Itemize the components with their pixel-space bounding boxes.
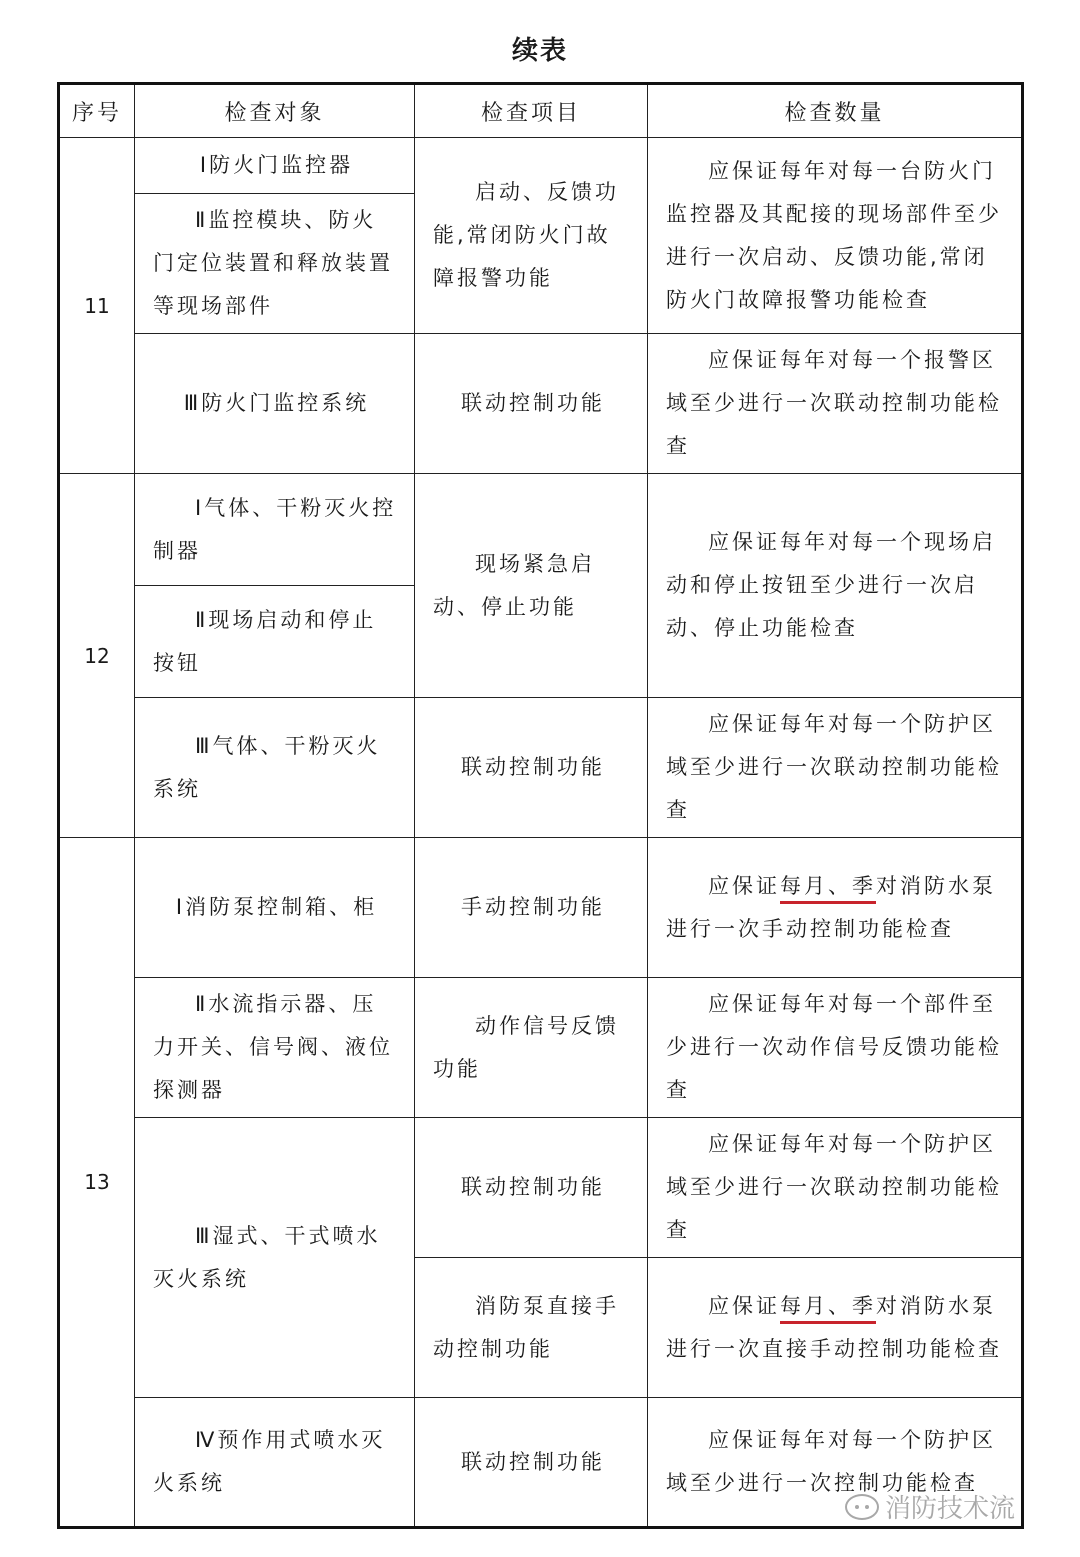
object-cell: Ⅰ气体、干粉灭火控制器 (135, 474, 415, 586)
underlined-frequency: 每月、季 (780, 874, 876, 898)
object-cell: Ⅳ预作用式喷水灭火系统 (135, 1398, 415, 1526)
quantity-cell: 应保证每年对每一个防护区域至少进行一次联动控制功能检查 (648, 698, 1021, 838)
object-text: Ⅲ气体、干粉灭火系统 (153, 725, 400, 811)
item-text: 启动、反馈功能,常闭防火门故障报警功能 (433, 171, 633, 300)
quantity-cell: 应保证每年对每一个防护区域至少进行一次联动控制功能检查 (648, 1118, 1021, 1258)
row-number-13: 13 (60, 838, 135, 1526)
quantity-text: 应保证每年对每一台防火门监控器及其配接的现场部件至少进行一次启动、反馈功能,常闭… (666, 150, 1007, 322)
object-cell: Ⅰ防火门监控器 (135, 138, 415, 194)
wechat-icon (845, 1494, 879, 1520)
object-text: Ⅰ气体、干粉灭火控制器 (153, 487, 400, 573)
header-object: 检查对象 (135, 85, 415, 138)
header-item: 检查项目 (415, 85, 648, 138)
item-cell: 手动控制功能 (415, 838, 648, 978)
item-cell: 联动控制功能 (415, 1398, 648, 1526)
quantity-cell: 应保证每年对每一个现场启动和停止按钮至少进行一次启动、停止功能检查 (648, 474, 1021, 698)
quantity-text: 应保证每年对每一个防护区域至少进行一次联动控制功能检查 (666, 703, 1007, 832)
quantity-text: 应保证每年对每一个部件至少进行一次动作信号反馈功能检查 (666, 983, 1007, 1112)
underlined-frequency: 每月、季 (780, 1294, 876, 1318)
quantity-text: 应保证每年对每一个现场启动和停止按钮至少进行一次启动、停止功能检查 (666, 521, 1007, 650)
row-number-12: 12 (60, 474, 135, 838)
object-text: Ⅲ防火门监控系统 (184, 382, 369, 425)
table-title: 续表 (0, 30, 1080, 67)
item-text: 消防泵直接手动控制功能 (433, 1285, 633, 1371)
quantity-cell: 应保证每年对每一台防火门监控器及其配接的现场部件至少进行一次启动、反馈功能,常闭… (648, 138, 1021, 334)
quantity-text: 应保证每月、季对消防水泵进行一次手动控制功能检查 (666, 865, 1007, 951)
quantity-cell: 应保证每年对每一个报警区域至少进行一次联动控制功能检查 (648, 334, 1021, 474)
object-text: Ⅱ现场启动和停止按钮 (153, 599, 400, 685)
object-text: Ⅰ防火门监控器 (200, 144, 353, 187)
item-cell: 动作信号反馈功能 (415, 978, 648, 1118)
quantity-text: 应保证每年对每一个报警区域至少进行一次联动控制功能检查 (666, 339, 1007, 468)
item-text: 现场紧急启动、停止功能 (433, 543, 633, 629)
item-text: 联动控制功能 (461, 746, 605, 789)
row-number-11: 11 (60, 138, 135, 474)
quantity-cell-highlight: 应保证每月、季对消防水泵进行一次直接手动控制功能检查 (648, 1258, 1021, 1398)
item-cell: 联动控制功能 (415, 334, 648, 474)
item-text: 联动控制功能 (461, 382, 605, 425)
object-text: Ⅲ湿式、干式喷水灭火系统 (153, 1215, 400, 1301)
item-text: 联动控制功能 (461, 1441, 605, 1484)
item-cell: 启动、反馈功能,常闭防火门故障报警功能 (415, 138, 648, 334)
item-cell: 现场紧急启动、停止功能 (415, 474, 648, 698)
object-cell: Ⅲ气体、干粉灭火系统 (135, 698, 415, 838)
object-cell: Ⅲ湿式、干式喷水灭火系统 (135, 1118, 415, 1398)
object-cell: Ⅱ水流指示器、压力开关、信号阀、液位探测器 (135, 978, 415, 1118)
item-cell: 联动控制功能 (415, 1118, 648, 1258)
watermark-text: 消防技术流 (885, 1488, 1015, 1525)
item-cell: 联动控制功能 (415, 698, 648, 838)
quantity-cell-highlight: 应保证每月、季对消防水泵进行一次手动控制功能检查 (648, 838, 1021, 978)
object-cell: Ⅲ防火门监控系统 (135, 334, 415, 474)
item-text: 手动控制功能 (461, 886, 605, 929)
object-cell: Ⅰ消防泵控制箱、柜 (135, 838, 415, 978)
object-text: Ⅰ消防泵控制箱、柜 (176, 886, 377, 929)
object-cell: Ⅱ现场启动和停止按钮 (135, 586, 415, 698)
quantity-text: 应保证每年对每一个防护区域至少进行一次联动控制功能检查 (666, 1123, 1007, 1252)
header-no: 序号 (60, 85, 135, 138)
header-quantity: 检查数量 (648, 85, 1021, 138)
object-text: Ⅱ监控模块、防火门定位装置和释放装置等现场部件 (153, 199, 400, 328)
item-text: 联动控制功能 (461, 1166, 605, 1209)
inspection-table: 序号 检查对象 检查项目 检查数量 11 Ⅰ防火门监控器 Ⅱ监控模块、防火门定位… (57, 82, 1024, 1529)
item-text: 动作信号反馈功能 (433, 1005, 633, 1091)
object-cell: Ⅱ监控模块、防火门定位装置和释放装置等现场部件 (135, 194, 415, 334)
object-text: Ⅱ水流指示器、压力开关、信号阀、液位探测器 (153, 983, 400, 1112)
item-cell: 消防泵直接手动控制功能 (415, 1258, 648, 1398)
watermark: 消防技术流 (845, 1488, 1015, 1525)
quantity-cell: 应保证每年对每一个部件至少进行一次动作信号反馈功能检查 (648, 978, 1021, 1118)
quantity-text: 应保证每月、季对消防水泵进行一次直接手动控制功能检查 (666, 1285, 1007, 1371)
object-text: Ⅳ预作用式喷水灭火系统 (153, 1419, 400, 1505)
